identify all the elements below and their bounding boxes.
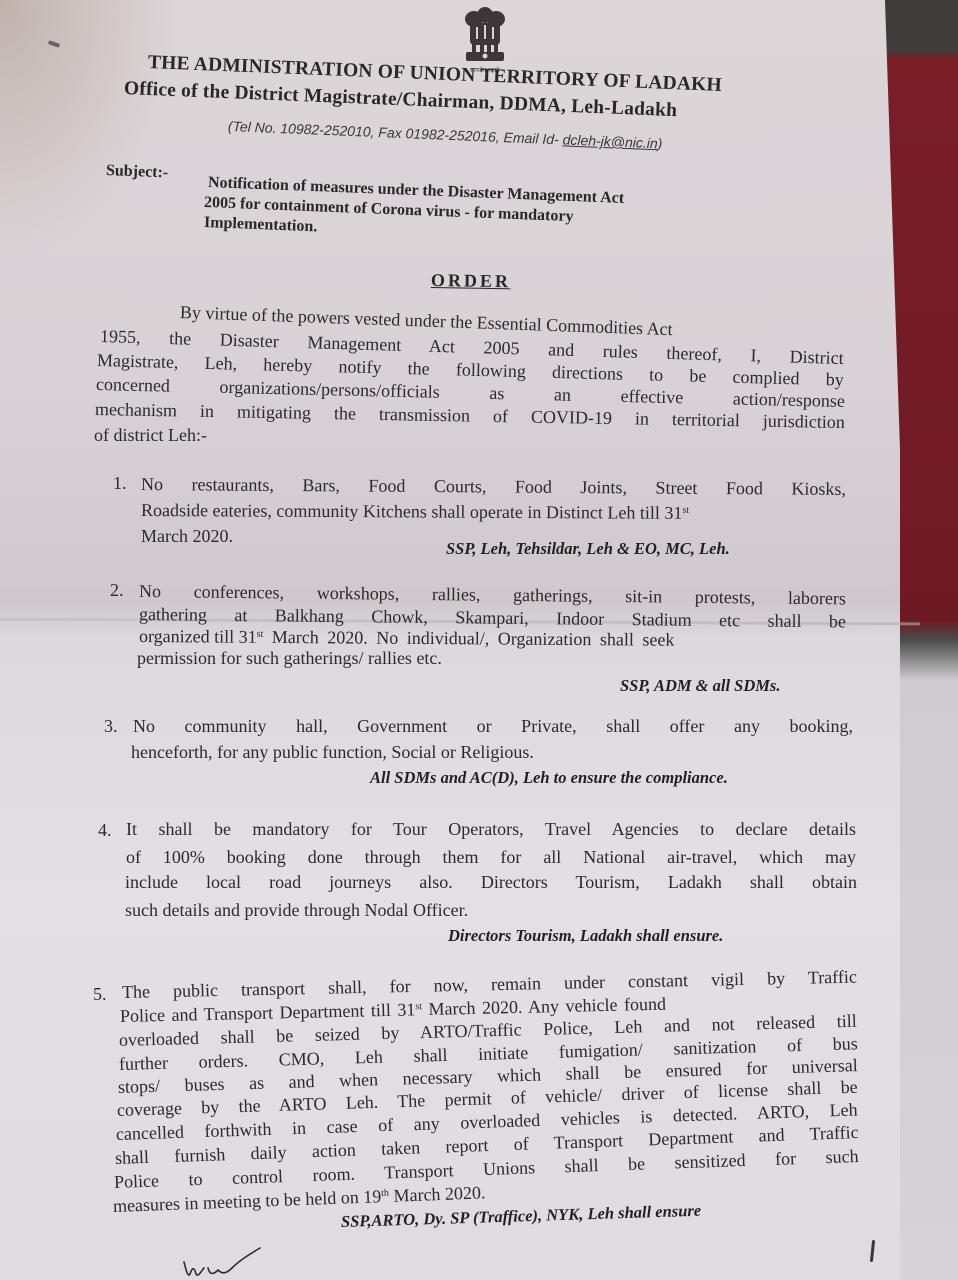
direction-text: Roadside eateries, community Kitchens sh… bbox=[141, 500, 682, 523]
contact-text: (Tel No. 10982-252010, Fax 01982-252016,… bbox=[228, 118, 563, 147]
order-heading: ORDER bbox=[431, 270, 511, 292]
subject-line: Implementation. bbox=[204, 214, 318, 236]
ink-speck bbox=[48, 40, 61, 48]
national-emblem-icon bbox=[460, 5, 510, 67]
subject-label: Subject:- bbox=[106, 162, 169, 182]
responsible-officers: SSP, Leh, Tehsildar, Leh & EO, MC, Leh. bbox=[446, 539, 730, 559]
direction-text: March 2020. bbox=[389, 1182, 486, 1206]
preamble-line: of district Leh:- bbox=[94, 425, 207, 446]
direction-number: 3. bbox=[104, 716, 118, 737]
direction-line: No restaurants, Bars, Food Courts, Food … bbox=[141, 474, 846, 500]
direction-number: 2. bbox=[110, 580, 124, 601]
direction-text: March 2020. No individual/, Organization… bbox=[263, 627, 674, 650]
direction-number: 4. bbox=[98, 820, 112, 841]
direction-line: include local road journeys also. Direct… bbox=[125, 872, 857, 893]
direction-line: It shall be mandatory for Tour Operators… bbox=[126, 819, 856, 840]
direction-line: March 2020. bbox=[141, 526, 233, 547]
direction-text: March 2020. Any vehicle found bbox=[422, 994, 666, 1020]
direction-line: Roadside eateries, community Kitchens sh… bbox=[141, 500, 689, 524]
document-content: सत्यमेव जयते THE ADMINISTRATION OF UNION… bbox=[0, 0, 958, 1280]
contact-close: ) bbox=[657, 135, 662, 151]
responsible-officers: Directors Tourism, Ladakh shall ensure. bbox=[448, 926, 723, 946]
direction-line: of 100% booking done through them for al… bbox=[126, 847, 856, 868]
page-mark bbox=[870, 1240, 875, 1262]
direction-number: 1. bbox=[113, 473, 127, 494]
signature-icon bbox=[178, 1240, 268, 1280]
direction-text: Police and Transport Department till 31 bbox=[120, 999, 416, 1026]
direction-line: No community hall, Government or Private… bbox=[133, 716, 853, 737]
ordinal-suffix: st bbox=[682, 505, 689, 516]
direction-line: permission for such gatherings/ rallies … bbox=[137, 648, 442, 669]
direction-number: 5. bbox=[93, 984, 107, 1005]
email-link[interactable]: dcleh-jk@nic.in bbox=[562, 131, 658, 151]
responsible-officers: SSP, ADM & all SDMs. bbox=[620, 676, 780, 696]
letterhead-contact: (Tel No. 10982-252010, Fax 01982-252016,… bbox=[228, 118, 663, 151]
direction-text: organized till 31 bbox=[139, 626, 257, 647]
direction-line: henceforth, for any public function, Soc… bbox=[131, 742, 534, 763]
direction-line: such details and provide through Nodal O… bbox=[125, 900, 468, 921]
responsible-officers: All SDMs and AC(D), Leh to ensure the co… bbox=[370, 768, 728, 788]
